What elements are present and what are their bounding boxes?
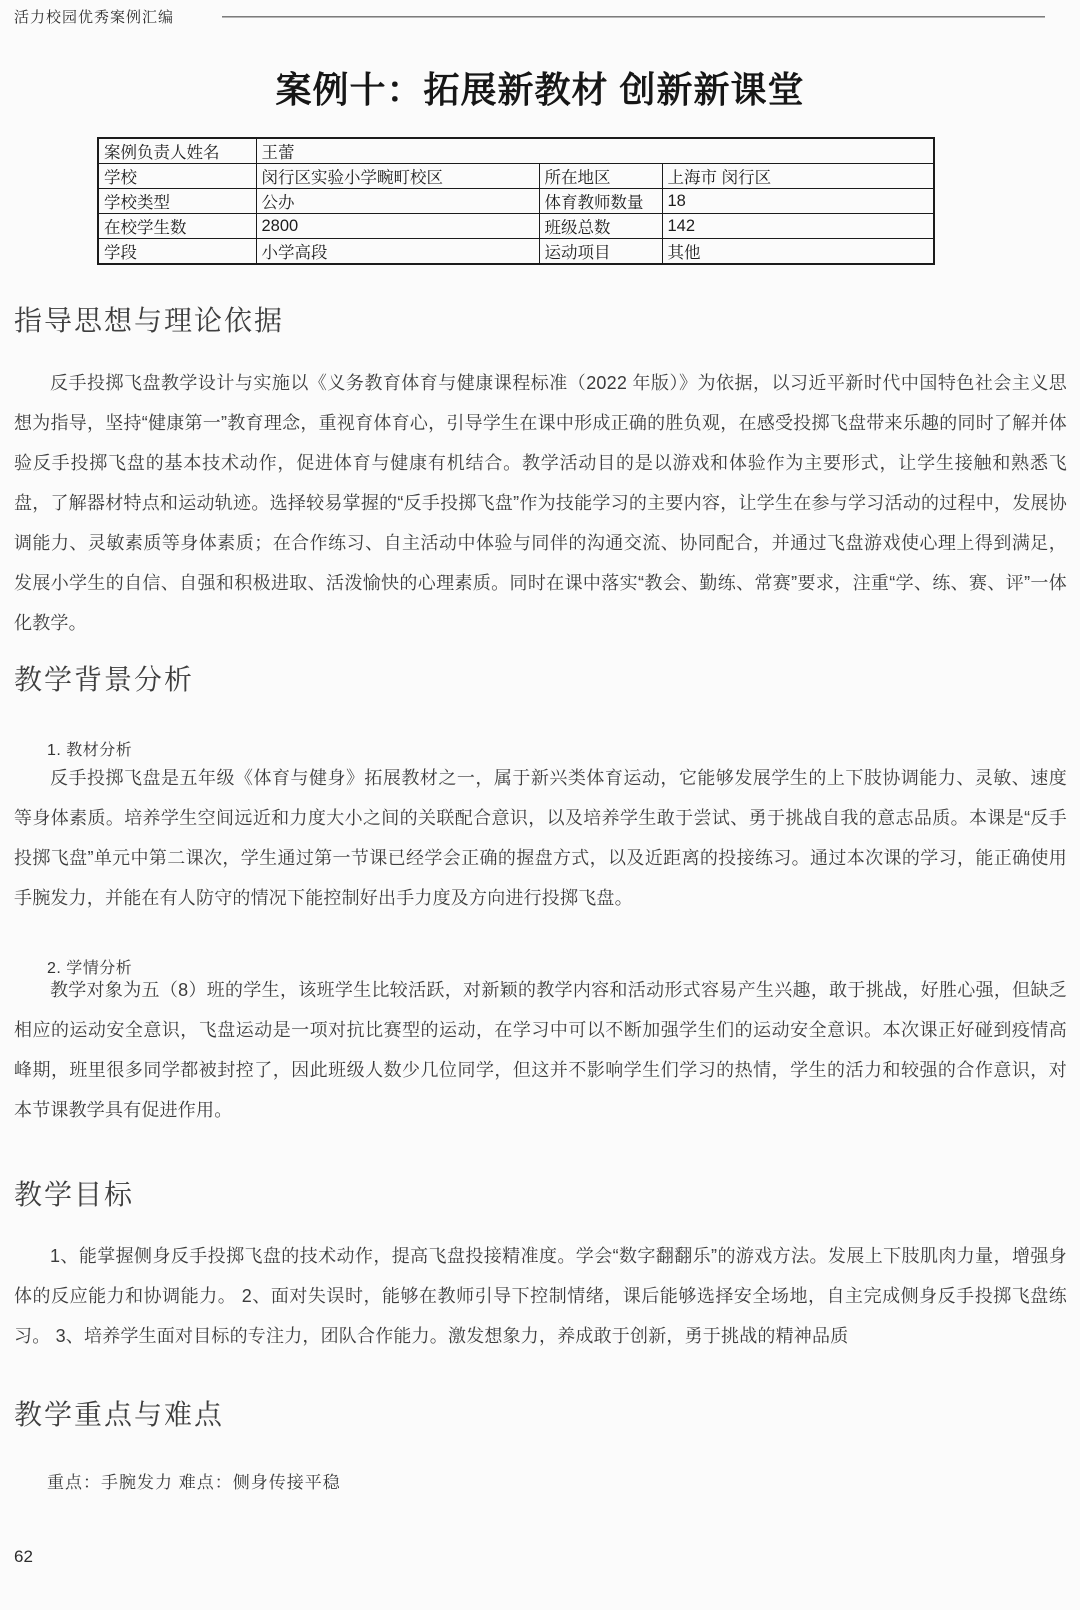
case-info-table: 案例负责人姓名 王蕾 学校 闵行区实验小学畹町校区 所在地区 上海市 闵行区 学… [97, 137, 935, 265]
table-row-school-type: 学校类型 公办 体育教师数量 18 [98, 189, 934, 214]
cell-classes-label: 班级总数 [539, 214, 662, 239]
cell-stage-label: 学段 [98, 239, 256, 265]
section-heading-key-difficult-points: 教学重点与难点 [14, 1393, 224, 1433]
paragraph-material-analysis: 反手投掷飞盘是五年级《体育与健身》拓展教材之一，属于新兴类体育运动，它能够发展学… [14, 758, 1067, 918]
cell-stage-value: 小学高段 [256, 239, 539, 265]
cell-pe-teachers-label: 体育教师数量 [539, 189, 662, 214]
cell-sport-label: 运动项目 [539, 239, 662, 265]
section-heading-teaching-background: 教学背景分析 [14, 658, 194, 698]
key-difficult-points-text: 重点：手腕发力 难点：侧身传接平稳 [47, 1468, 341, 1493]
table-row-stage: 学段 小学高段 运动项目 其他 [98, 239, 934, 265]
cell-school-value: 闵行区实验小学畹町校区 [256, 164, 539, 189]
paragraph-guiding-ideology: 反手投掷飞盘教学设计与实施以《义务教育体育与健康课程标准（2022 年版）》为依… [14, 363, 1067, 643]
cell-students-label: 在校学生数 [98, 214, 256, 239]
case-title: 案例十：拓展新教材 创新新课堂 [0, 62, 1080, 113]
cell-school-label: 学校 [98, 164, 256, 189]
cell-students-value: 2800 [256, 214, 539, 239]
cell-classes-value: 142 [662, 214, 934, 239]
section-heading-guiding-ideology: 指导思想与理论依据 [14, 299, 284, 339]
running-header: 活力校园优秀案例汇编 [14, 6, 1045, 27]
paragraph-teaching-objectives: 1、能掌握侧身反手投掷飞盘的技术动作，提高飞盘投接精准度。学会“数字翻翻乐”的游… [14, 1236, 1067, 1356]
cell-pe-teachers-value: 18 [662, 189, 934, 214]
cell-leader-value: 王蕾 [256, 138, 934, 164]
case-info-table-wrap: 案例负责人姓名 王蕾 学校 闵行区实验小学畹町校区 所在地区 上海市 闵行区 学… [97, 137, 935, 265]
header-rule [222, 16, 1045, 18]
booklet-title: 活力校园优秀案例汇编 [14, 6, 174, 27]
cell-school-type-value: 公办 [256, 189, 539, 214]
page-number: 62 [14, 1547, 33, 1567]
cell-region-label: 所在地区 [539, 164, 662, 189]
cell-leader-label: 案例负责人姓名 [98, 138, 256, 164]
section-heading-teaching-objectives: 教学目标 [14, 1173, 134, 1213]
cell-school-type-label: 学校类型 [98, 189, 256, 214]
table-row-school: 学校 闵行区实验小学畹町校区 所在地区 上海市 闵行区 [98, 164, 934, 189]
table-row-students: 在校学生数 2800 班级总数 142 [98, 214, 934, 239]
paragraph-student-analysis: 教学对象为五（8）班的学生，该班学生比较活跃，对新颖的教学内容和活动形式容易产生… [14, 970, 1067, 1130]
cell-sport-value: 其他 [662, 239, 934, 265]
table-row-leader: 案例负责人姓名 王蕾 [98, 138, 934, 164]
cell-region-value: 上海市 闵行区 [662, 164, 934, 189]
document-page: 活力校园优秀案例汇编 案例十：拓展新教材 创新新课堂 案例负责人姓名 王蕾 学校… [0, 0, 1080, 1610]
subsection-title-material-analysis: 1. 教材分析 [47, 737, 132, 760]
